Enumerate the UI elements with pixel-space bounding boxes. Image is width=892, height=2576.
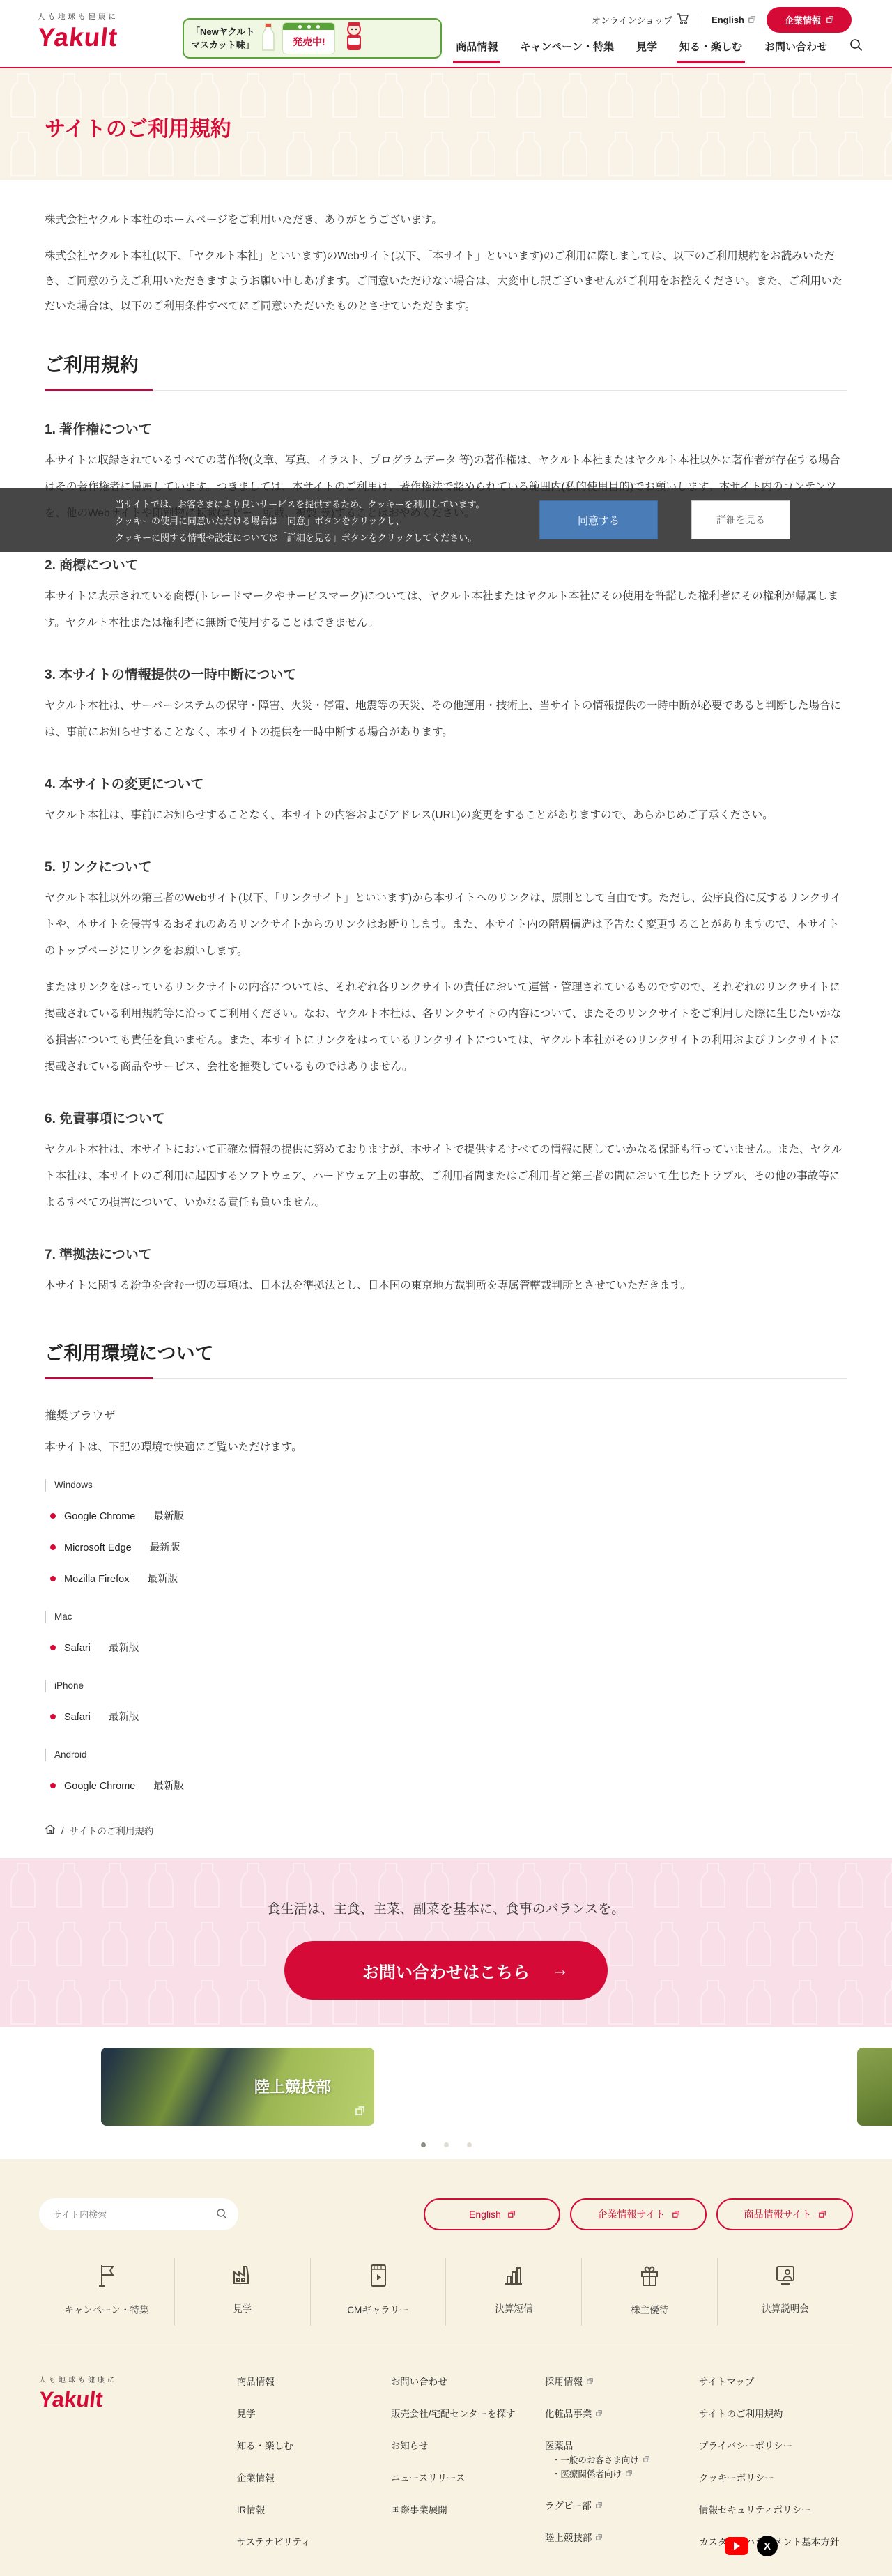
flag-icon bbox=[95, 2262, 118, 2292]
environment-note: 本サイトは、下記の環境で快適にご覧いただけます。 bbox=[45, 1439, 847, 1454]
factory-icon bbox=[230, 2262, 255, 2291]
term-body: 本サイトに関する紛争を含む一切の事項は、日本法を準拠法とし、日本国の東京地方裁判… bbox=[45, 1273, 847, 1299]
term-title: 7. 準拠法について bbox=[45, 1244, 847, 1263]
term-body: ヤクルト本社は、事前にお知らせすることなく、本サイトの内容およびアドレス(URL… bbox=[45, 802, 847, 829]
on-sale-label: 発売中! bbox=[283, 30, 334, 54]
badge-dots bbox=[283, 23, 334, 30]
footer-column-policies: サイトマップ サイトのご利用規約 プライバシーポリシー クッキーポリシー 情報セ… bbox=[699, 2374, 853, 2548]
footer-column-info: お問い合わせ 販売会社/宅配センターを探す お知らせ ニュースリリース 国際事業… bbox=[391, 2374, 545, 2548]
quicklink-shareholder-benefits[interactable]: 株主優待 bbox=[581, 2258, 717, 2326]
breadcrumb-home-link[interactable] bbox=[45, 1824, 56, 1837]
quicklink-financial-results[interactable]: 決算短信 bbox=[445, 2258, 581, 2326]
main-nav: 商品情報 キャンペーン・特集 見学 知る・楽しむ お問い合わせ bbox=[456, 35, 863, 67]
intro-block: 株式会社ヤクルト本社のホームページをご利用いただき、ありがとうございます。 株式… bbox=[45, 208, 847, 319]
recommended-browser-subheading: 推奨ブラウザ bbox=[45, 1406, 847, 1423]
term-body: ヤクルト本社以外の第三者のWebサイト(以下、「リンクサイト」といいます)から本… bbox=[45, 885, 847, 965]
yakult-logo: Yakult bbox=[36, 23, 120, 52]
term-section-trademark: 2. 商標について 本サイトに表示されている商標(トレードマークやサービスマーク… bbox=[45, 555, 847, 636]
term-body: ヤクルト本社は、サーバーシステムの保守・障害、火災・停電、地震等の天災、その他運… bbox=[45, 693, 847, 746]
external-link-icon bbox=[826, 15, 833, 25]
search-icon[interactable] bbox=[849, 38, 863, 63]
external-link-icon bbox=[643, 2455, 649, 2464]
promo-banner[interactable]: 「Newヤクルト マスカット味」 発売中! bbox=[183, 18, 442, 59]
footer-tagline: 人も地球も健康に bbox=[39, 2374, 237, 2384]
arrow-right-icon: → bbox=[552, 1961, 569, 1980]
footer-link[interactable]: 陸上競技部 bbox=[545, 2530, 699, 2544]
cookie-consent-banner: 当サイトでは、お客さまにより良いサービスを提供するため、クッキーを利用しています… bbox=[0, 488, 892, 552]
breadcrumb-separator: / bbox=[61, 1825, 64, 1836]
diet-balance-message: 食生活は、主食、主菜、副菜を基本に、食事のバランスを。 bbox=[0, 1858, 892, 1917]
browser-item: Google Chrome最新版 bbox=[45, 1508, 847, 1523]
browser-item: Google Chrome最新版 bbox=[45, 1778, 847, 1793]
os-group-mac: Mac Safari最新版 bbox=[45, 1611, 847, 1655]
footer-link[interactable]: サステナビリティ bbox=[237, 2534, 391, 2548]
external-link-icon bbox=[626, 2469, 632, 2478]
external-link-icon bbox=[587, 2376, 593, 2386]
banner-carousel: 陸上競技部 bbox=[0, 2027, 892, 2159]
page-title-band: サイトのご利用規約 bbox=[0, 68, 892, 180]
footer-link[interactable]: 見学 bbox=[237, 2406, 391, 2420]
term-section-changes: 4. 本サイトの変更について ヤクルト本社は、事前にお知らせすることなく、本サイ… bbox=[45, 774, 847, 829]
cookie-message: 当サイトでは、お客さまにより良いサービスを提供するため、クッキーを利用しています… bbox=[115, 496, 485, 546]
browser-item: Safari最新版 bbox=[45, 1709, 847, 1724]
nav-campaign[interactable]: キャンペーン・特集 bbox=[520, 39, 614, 63]
browser-item: Safari最新版 bbox=[45, 1640, 847, 1655]
runners-photo bbox=[101, 2048, 374, 2126]
footer-label-pharma: 医薬品 bbox=[545, 2438, 699, 2452]
footer-divider bbox=[39, 2347, 853, 2347]
external-link-icon bbox=[748, 15, 755, 25]
footer-yakult-logo: Yakult bbox=[38, 2387, 238, 2412]
os-group-android: Android Google Chrome最新版 bbox=[45, 1749, 847, 1793]
term-title: 4. 本サイトの変更について bbox=[45, 774, 847, 792]
mascot-icon bbox=[342, 21, 366, 56]
footer-link[interactable]: 知る・楽しむ bbox=[237, 2438, 391, 2452]
footer-link[interactable]: クッキーポリシー bbox=[699, 2470, 853, 2484]
footer-quicklinks: キャンペーン・特集 見学 CMギャラリー 決算短信 bbox=[39, 2258, 853, 2326]
on-sale-badge: 発売中! bbox=[282, 22, 335, 54]
term-body: またはリンクをはっているリンクサイトの内容については、それぞれ各リンクサイトの責… bbox=[45, 974, 847, 1080]
utility-divider bbox=[700, 13, 700, 28]
os-label: Windows bbox=[45, 1479, 847, 1492]
quicklink-campaign[interactable]: キャンペーン・特集 bbox=[39, 2258, 174, 2326]
intro-paragraph-2: 株式会社ヤクルト本社(以下、「ヤクルト本社」といいます)のWebサイト(以下、「… bbox=[45, 244, 847, 319]
carousel-dot[interactable] bbox=[444, 2142, 449, 2147]
external-link-icon bbox=[596, 2408, 602, 2418]
nav-contact[interactable]: お問い合わせ bbox=[764, 39, 827, 63]
contact-button-label: お問い合わせはこちら bbox=[362, 1958, 530, 1983]
nav-learn-enjoy[interactable]: 知る・楽しむ bbox=[679, 39, 742, 63]
cookie-agree-button[interactable]: 同意する bbox=[539, 500, 658, 539]
footer-link[interactable]: 商品情報 bbox=[237, 2374, 391, 2388]
brand-tagline: 人も地球も健康に bbox=[38, 11, 118, 22]
footer-logo[interactable]: 人も地球も健康に Yakult bbox=[39, 2374, 237, 2548]
corporate-info-label: 企業情報 bbox=[785, 13, 821, 26]
external-link-icon bbox=[508, 2209, 515, 2220]
footer-product-site-button[interactable]: 商品情報サイト bbox=[716, 2198, 853, 2230]
carousel-dot[interactable] bbox=[467, 2142, 472, 2147]
site-header: 人も地球も健康に Yakult 「Newヤクルト マスカット味」 発売中! オン… bbox=[0, 0, 892, 68]
page: 人も地球も健康に Yakult 「Newヤクルト マスカット味」 発売中! オン… bbox=[0, 0, 892, 2576]
carousel-dot[interactable] bbox=[421, 2142, 426, 2147]
term-title: 3. 本サイトの情報提供の一時中断について bbox=[45, 664, 847, 683]
footer-column-group: 採用情報 化粧品事業 医薬品 ・一般のお客さま向け ・医療関係者向け bbox=[545, 2374, 699, 2548]
social-links: X bbox=[725, 2536, 778, 2556]
external-link-icon bbox=[672, 2209, 679, 2220]
os-label: Android bbox=[45, 1749, 847, 1761]
terms-heading: ご利用規約 bbox=[45, 350, 847, 391]
contact-cta-band: 食生活は、主食、主菜、副菜を基本に、食事のバランスを。 お問い合わせはこちら → bbox=[0, 1858, 892, 2027]
footer-link[interactable]: プライバシーポリシー bbox=[699, 2438, 853, 2452]
presentation-icon bbox=[773, 2262, 798, 2291]
home-icon bbox=[45, 1824, 56, 1837]
carousel-dots bbox=[0, 2142, 892, 2147]
english-label: English bbox=[712, 15, 744, 25]
breadcrumb: / サイトのご利用規約 bbox=[45, 1823, 847, 1837]
bottle-icon bbox=[261, 22, 275, 55]
site-logo[interactable]: 人も地球も健康に Yakult bbox=[38, 11, 118, 52]
promo-text: 「Newヤクルト マスカット味」 bbox=[191, 25, 254, 52]
footer-top-row: English 企業情報サイト 商品情報サイト bbox=[39, 2198, 853, 2230]
footer-corporate-site-button[interactable]: 企業情報サイト bbox=[570, 2198, 707, 2230]
external-link-icon bbox=[596, 2532, 602, 2543]
term-section-disclaimer: 6. 免責事項について ヤクルト本社は、本サイトにおいて正確な情報の提供に努めて… bbox=[45, 1108, 847, 1216]
contact-button[interactable]: お問い合わせはこちら → bbox=[284, 1941, 608, 2000]
os-label: iPhone bbox=[45, 1680, 847, 1692]
cart-icon bbox=[677, 13, 689, 26]
footer-link[interactable]: 採用情報 bbox=[545, 2374, 699, 2388]
footer-english-button[interactable]: English bbox=[424, 2198, 560, 2230]
browser-item: Microsoft Edge最新版 bbox=[45, 1540, 847, 1554]
footer-link[interactable]: ・一般のお客さま向け bbox=[545, 2453, 699, 2466]
term-title: 2. 商標について bbox=[45, 555, 847, 574]
footer-link[interactable]: ニュースリリース bbox=[391, 2470, 545, 2484]
site-footer: English 企業情報サイト 商品情報サイト bbox=[0, 2159, 892, 2576]
intro-paragraph-1: 株式会社ヤクルト本社のホームページをご利用いただき、ありがとうございます。 bbox=[45, 208, 847, 233]
footer-link[interactable]: 情報セキュリティポリシー bbox=[699, 2502, 853, 2516]
page-title: サイトのご利用規約 bbox=[45, 112, 231, 142]
english-link[interactable]: English bbox=[712, 15, 755, 25]
nav-factory-tour[interactable]: 見学 bbox=[636, 39, 657, 63]
corporate-info-button[interactable]: 企業情報 bbox=[767, 7, 852, 33]
footer-link[interactable]: 国際事業展開 bbox=[391, 2502, 545, 2516]
browser-item: Mozilla Firefox最新版 bbox=[45, 1571, 847, 1586]
footer-link[interactable]: ・医療関係者向け bbox=[545, 2467, 699, 2480]
utility-bar: オンラインショップ English 企業情報 bbox=[592, 7, 852, 33]
term-section-interruption: 3. 本サイトの情報提供の一時中断について ヤクルト本社は、サーバーシステムの保… bbox=[45, 664, 847, 746]
track-club-banner[interactable]: 陸上競技部 bbox=[101, 2048, 374, 2126]
footer-link[interactable]: IR情報 bbox=[237, 2502, 391, 2516]
os-group-iphone: iPhone Safari最新版 bbox=[45, 1680, 847, 1724]
term-title: 6. 免責事項について bbox=[45, 1108, 847, 1127]
breadcrumb-current: サイトのご利用規約 bbox=[70, 1823, 154, 1837]
quicklink-results-briefing[interactable]: 決算説明会 bbox=[717, 2258, 853, 2326]
search-icon[interactable] bbox=[216, 2208, 227, 2223]
nav-products[interactable]: 商品情報 bbox=[456, 39, 498, 63]
cm-gallery-icon bbox=[368, 2262, 389, 2292]
footer-pharma-group: 医薬品 ・一般のお客さま向け ・医療関係者向け bbox=[545, 2438, 699, 2480]
environment-heading: ご利用環境について bbox=[45, 1338, 847, 1379]
site-search-input[interactable] bbox=[39, 2198, 238, 2230]
term-section-links: 5. リンクについて ヤクルト本社以外の第三者のWebサイト(以下、「リンクサイ… bbox=[45, 857, 847, 1080]
external-window-icon bbox=[355, 2106, 364, 2119]
site-search bbox=[39, 2198, 238, 2230]
footer-link[interactable]: お知らせ bbox=[391, 2438, 545, 2452]
footer-link[interactable]: 企業情報 bbox=[237, 2470, 391, 2484]
footer-column-main: 商品情報 見学 知る・楽しむ 企業情報 IR情報 サステナビリティ bbox=[237, 2374, 391, 2548]
next-banner-partial[interactable] bbox=[857, 2048, 892, 2126]
external-link-icon bbox=[596, 2500, 602, 2510]
term-title: 1. 著作権について bbox=[45, 419, 847, 438]
footer-links: 人も地球も健康に Yakult 商品情報 見学 知る・楽しむ 企業情報 IR情報… bbox=[39, 2374, 853, 2548]
footer-site-switch: English 企業情報サイト 商品情報サイト bbox=[424, 2198, 853, 2230]
footer-link[interactable]: サイトのご利用規約 bbox=[699, 2406, 853, 2420]
track-club-label: 陸上競技部 bbox=[254, 2076, 331, 2097]
youtube-icon[interactable] bbox=[725, 2537, 748, 2555]
main-content: 株式会社ヤクルト本社のホームページをご利用いただき、ありがとうございます。 株式… bbox=[0, 180, 892, 1858]
footer-link[interactable]: お問い合わせ bbox=[391, 2374, 545, 2388]
footer-link[interactable]: サイトマップ bbox=[699, 2374, 853, 2388]
footer-link[interactable]: 化粧品事業 bbox=[545, 2406, 699, 2420]
bar-chart-icon bbox=[501, 2262, 526, 2291]
term-section-governing-law: 7. 準拠法について 本サイトに関する紛争を含む一切の事項は、日本法を準拠法とし… bbox=[45, 1244, 847, 1299]
external-link-icon bbox=[819, 2209, 826, 2220]
quicklink-factory-tour[interactable]: 見学 bbox=[174, 2258, 310, 2326]
term-body: ヤクルト本社は、本サイトにおいて正確な情報の提供に努めておりますが、本サイトで提… bbox=[45, 1137, 847, 1216]
footer-link[interactable]: 販売会社/宅配センターを探す bbox=[391, 2406, 545, 2420]
term-body: 本サイトに表示されている商標(トレードマークやサービスマーク)については、ヤクル… bbox=[45, 583, 847, 636]
online-shop-link[interactable]: オンラインショップ bbox=[592, 13, 689, 26]
os-label: Mac bbox=[45, 1611, 847, 1623]
cookie-details-button[interactable]: 詳細を見る bbox=[691, 500, 790, 539]
term-title: 5. リンクについて bbox=[45, 857, 847, 875]
footer-link[interactable]: ラグビー部 bbox=[545, 2498, 699, 2512]
online-shop-label: オンラインショップ bbox=[592, 13, 672, 26]
gift-icon bbox=[637, 2262, 662, 2292]
x-icon[interactable]: X bbox=[757, 2536, 778, 2556]
os-group-windows: Windows Google Chrome最新版 Microsoft Edge最… bbox=[45, 1479, 847, 1586]
quicklink-cm-gallery[interactable]: CMギャラリー bbox=[310, 2258, 446, 2326]
